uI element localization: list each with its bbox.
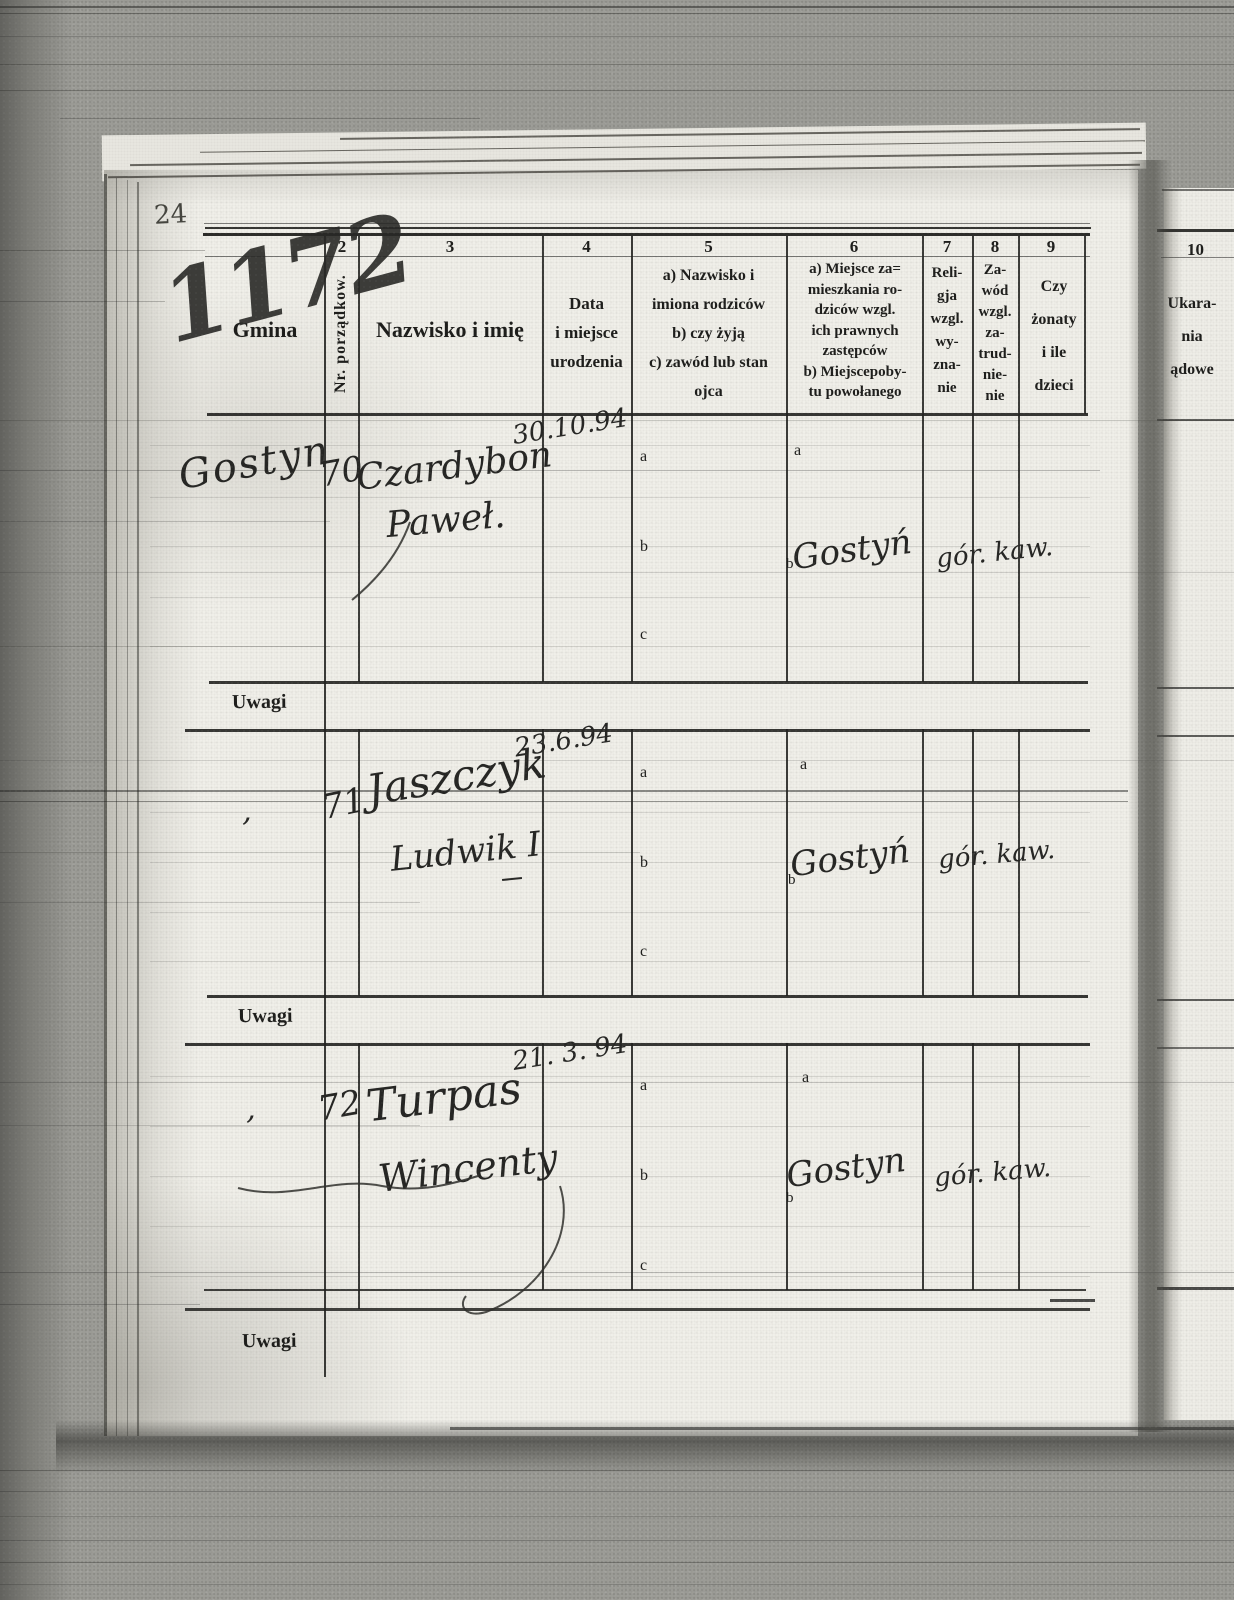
scan-artifact-line (60, 118, 480, 119)
scan-artifact-line (150, 1276, 1090, 1277)
scan-artifact-line (0, 521, 330, 522)
scan-artifact-line (0, 1082, 1234, 1083)
scan-artifact-line (150, 961, 1090, 962)
scan-artifact-line (0, 646, 330, 647)
header-nazwisko-imie: Nazwisko i imię (358, 317, 542, 343)
column-number-5: 5 (631, 237, 786, 257)
scan-artifact-line (0, 1272, 1234, 1273)
scan-artifact-line (0, 1516, 1234, 1517)
column-number-9: 9 (1018, 237, 1084, 257)
marker-a: a (640, 764, 647, 782)
scan-artifact-line (150, 1126, 1090, 1127)
table-line-horizontal (209, 681, 1088, 684)
page-stack-left-edge (104, 174, 107, 1436)
table-line-horizontal (207, 995, 1088, 998)
scan-artifact-line (150, 597, 1090, 598)
entry-number: 72 (315, 1083, 365, 1130)
page-stack-left-edge (127, 180, 128, 1436)
scan-artifact-line (0, 1584, 1234, 1585)
marker-c: c (640, 943, 647, 961)
page-fold-shadow (1128, 160, 1172, 1432)
table-line-horizontal (185, 729, 1090, 732)
scan-artifact-line (0, 760, 1234, 761)
table-line-horizontal (1162, 189, 1234, 191)
scan-artifact-line (0, 36, 1234, 37)
marker-a: a (640, 448, 647, 466)
page-stack-left-edge (116, 178, 117, 1436)
scan-artifact-line (0, 801, 1128, 802)
handwritten-corner-note: 24 (153, 199, 188, 231)
header-czy-zonaty: Czy żonaty i ile dzieci (1018, 270, 1090, 402)
header-religja: Reli- gja wzgl. wy- zna- nie (922, 262, 972, 400)
marker-a: a (802, 1069, 809, 1087)
column-number-6: 6 (786, 237, 922, 257)
header-miejsce-zamieszkania: a) Miejsce za= mieszkania ro- dziców wzg… (786, 259, 924, 403)
scan-artifact-line (150, 1076, 1090, 1077)
scan-artifact-line (150, 1226, 1090, 1227)
marker-c: c (640, 626, 647, 644)
scan-artifact-line (0, 90, 1234, 91)
header-rodzice: a) Nazwisko i imiona rodziców b) czy żyj… (631, 261, 786, 406)
scan-artifact-line (150, 497, 1090, 498)
scan-artifact-line (0, 852, 640, 853)
scan-artifact-line (0, 64, 1234, 65)
scan-artifact-line (0, 1491, 1234, 1492)
scan-artifact-line (150, 912, 1090, 913)
scan-artifact-line (0, 1562, 1234, 1563)
marker-b: b (640, 1167, 648, 1185)
scan-artifact-line (150, 812, 1090, 813)
table-line-horizontal (185, 1308, 1090, 1311)
uwagi-label-2: Uwagi (238, 1005, 293, 1029)
column-number-4: 4 (542, 237, 631, 257)
marker-b: b (640, 854, 648, 872)
table-line-horizontal (204, 1289, 1086, 1291)
scan-artifact-line (0, 902, 420, 903)
header-data-urodzenia: Data i miejsce urodzenia (542, 289, 631, 376)
header-zawod: Za- wód wzgl. za- trud- nie- nie (972, 260, 1018, 407)
marker-a: a (640, 1077, 647, 1095)
table-line-vertical (922, 1043, 924, 1290)
scan-artifact-line (0, 1304, 200, 1305)
table-line-horizontal (207, 413, 1088, 416)
table-line-horizontal (1050, 1299, 1095, 1302)
uwagi-label-1: Uwagi (232, 691, 287, 715)
scan-artifact-line (0, 1540, 1234, 1541)
scan-artifact-line (0, 301, 165, 302)
scan-artifact-line (0, 1125, 420, 1126)
column-number-8: 8 (972, 237, 1018, 257)
page-stack-left-edge (137, 182, 139, 1436)
page-bottom-shadow (56, 1420, 1234, 1474)
marker-a: a (800, 756, 807, 774)
table-line-vertical (631, 1043, 633, 1290)
table-line-horizontal (185, 1043, 1090, 1046)
uwagi-label-3: Uwagi (242, 1330, 297, 1354)
scan-artifact-line (0, 790, 1128, 792)
column-number-7: 7 (922, 237, 972, 257)
entry-gmina-ditto: ‚ (242, 794, 252, 829)
marker-a: a (794, 442, 801, 460)
marker-c: c (640, 1257, 647, 1275)
scan-left-shadow (0, 0, 72, 1600)
scanned-register-page: 24 1172 2 3 4 5 6 7 8 9 10 Gmina Nr. por… (0, 0, 1234, 1600)
scan-artifact-line (0, 13, 1234, 14)
entry-gmina-ditto: ‚ (246, 1092, 256, 1127)
scan-artifact-line (0, 572, 1234, 573)
marker-b: b (640, 538, 648, 556)
scan-artifact-line (0, 6, 1234, 8)
